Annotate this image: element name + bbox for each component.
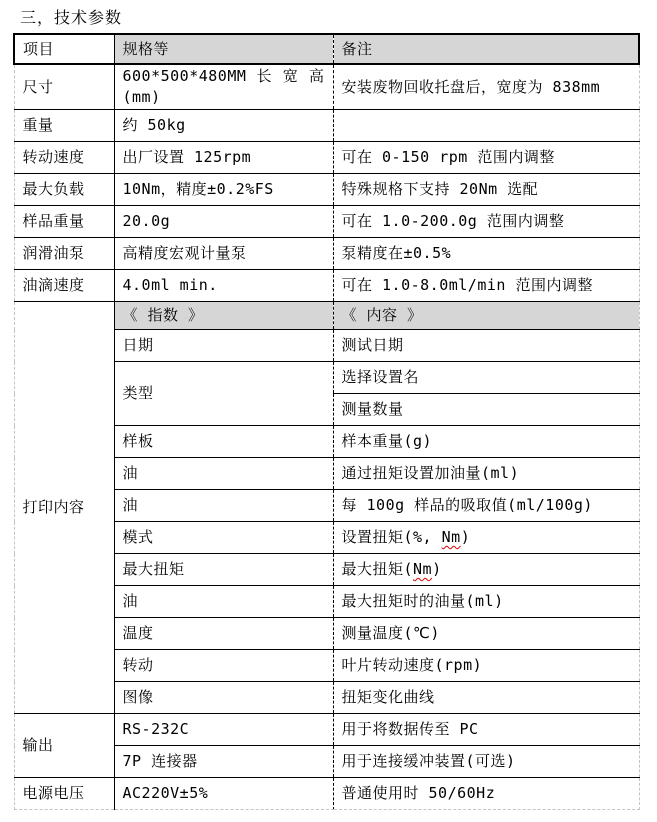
spec-cell: 转动 (114, 650, 333, 682)
spec-cell: 模式 (114, 522, 333, 554)
table-row: 样品重量20.0g可在 1.0-200.0g 范围内调整 (14, 206, 639, 238)
table-row: 输出RS-232C用于将数据传至 PC (14, 714, 639, 746)
item-cell: 尺寸 (14, 64, 114, 110)
note-cell: 最大扭矩时的油量(ml) (333, 586, 639, 618)
spec-cell: 高精度宏观计量泵 (114, 238, 333, 270)
cell-text: 安装废物回收托盘后，宽度为 838mm (342, 78, 601, 96)
note-cell: 选择设置名 (333, 362, 639, 394)
table-row: 打印内容《 指数 》《 内容 》 (14, 302, 639, 330)
note-cell: 泵精度在±0.5% (333, 238, 639, 270)
note-cell: 设置扭矩(%, Nm) (333, 522, 639, 554)
column-header-spec: 规格等 (114, 34, 333, 64)
note-cell: 测试日期 (333, 330, 639, 362)
tech-specs-table: 项目 规格等 备注 尺寸600*500*480MM 长 宽 高(mm)安装废物回… (13, 33, 640, 810)
cell-text: 尺寸 (23, 78, 54, 96)
cell-text: 模式 (123, 528, 154, 546)
item-cell: 转动速度 (14, 142, 114, 174)
cell-text: 测量数量 (342, 400, 404, 418)
cell-line: (mm) (123, 87, 325, 108)
cell-text: 转动 (123, 656, 154, 674)
cell-text: 测量温度(℃) (342, 624, 440, 642)
table-row: 最大负载10Nm，精度±0.2%FS特殊规格下支持 20Nm 选配 (14, 174, 639, 206)
cell-text: 润滑油泵 (23, 244, 85, 262)
column-header-note: 备注 (333, 34, 639, 64)
cell-text: 扭矩变化曲线 (342, 688, 435, 706)
cell-text: 最大扭矩时的油量(ml) (342, 592, 504, 610)
cell-text: 测试日期 (342, 336, 404, 354)
cell-text: 油 (123, 496, 139, 514)
note-cell: 用于连接缓冲装置(可选) (333, 746, 639, 778)
cell-text: RS-232C (123, 720, 190, 738)
spec-cell: AC220V±5% (114, 778, 333, 810)
spec-cell: 4.0ml min. (114, 270, 333, 302)
cell-text: 油 (123, 592, 139, 610)
section-title: 三，技术参数 (20, 8, 657, 28)
item-cell: 重量 (14, 110, 114, 142)
spec-cell: 样板 (114, 426, 333, 458)
cell-text: 可在 0-150 rpm 范围内调整 (342, 148, 555, 166)
spec-cell: 油 (114, 490, 333, 522)
spec-cell: 油 (114, 586, 333, 618)
document-page: 三，技术参数 项目 规格等 备注 尺寸600*500*480MM 长 宽 高(m… (0, 0, 657, 822)
misspelled-word: Nm (442, 528, 461, 546)
cell-text: 普通使用时 50/60Hz (342, 784, 496, 802)
note-cell: 可在 1.0-8.0ml/min 范围内调整 (333, 270, 639, 302)
cell-line: 600*500*480MM 长 宽 高 (123, 66, 325, 87)
cell-text: 可在 1.0-8.0ml/min 范围内调整 (342, 276, 593, 294)
subheader-cell: 《 内容 》 (333, 302, 639, 330)
note-cell: 样本重量(g) (333, 426, 639, 458)
item-cell: 打印内容 (14, 302, 114, 714)
cell-text: 用于连接缓冲装置(可选) (342, 752, 516, 770)
header-row: 项目 规格等 备注 (14, 34, 639, 64)
cell-text: ) (432, 560, 442, 578)
subheader-cell: 《 指数 》 (114, 302, 333, 330)
cell-text: 温度 (123, 624, 154, 642)
cell-text: 高精度宏观计量泵 (123, 244, 247, 262)
note-cell: 可在 1.0-200.0g 范围内调整 (333, 206, 639, 238)
spec-cell: 10Nm，精度±0.2%FS (114, 174, 333, 206)
cell-text: 可在 1.0-200.0g 范围内调整 (342, 212, 565, 230)
cell-text: 样本重量(g) (342, 432, 433, 450)
note-cell: 安装废物回收托盘后，宽度为 838mm (333, 64, 639, 110)
note-cell: 特殊规格下支持 20Nm 选配 (333, 174, 639, 206)
note-cell: 叶片转动速度(rpm) (333, 650, 639, 682)
table-row: 电源电压AC220V±5%普通使用时 50/60Hz (14, 778, 639, 810)
spec-cell: 图像 (114, 682, 333, 714)
table-row: 尺寸600*500*480MM 长 宽 高(mm)安装废物回收托盘后，宽度为 8… (14, 64, 639, 110)
spec-cell: RS-232C (114, 714, 333, 746)
cell-text: 《 内容 》 (342, 306, 423, 324)
cell-text: 油滴速度 (23, 276, 85, 294)
spec-cell: 油 (114, 458, 333, 490)
cell-text: 样板 (123, 432, 154, 450)
cell-text: 《 指数 》 (123, 306, 204, 324)
note-cell: 用于将数据传至 PC (333, 714, 639, 746)
specs-body: 尺寸600*500*480MM 长 宽 高(mm)安装废物回收托盘后，宽度为 8… (14, 64, 639, 810)
cell-text: 7P 连接器 (123, 752, 198, 770)
cell-text: 出厂设置 125rpm (123, 148, 252, 166)
table-row: 润滑油泵高精度宏观计量泵泵精度在±0.5% (14, 238, 639, 270)
cell-text: 泵精度在±0.5% (342, 244, 452, 262)
cell-text: 最大扭矩( (342, 560, 414, 578)
note-cell: 普通使用时 50/60Hz (333, 778, 639, 810)
note-cell (333, 110, 639, 142)
spec-cell: 约 50kg (114, 110, 333, 142)
cell-text: 4.0ml min. (123, 276, 218, 294)
spec-cell: 温度 (114, 618, 333, 650)
cell-text: 类型 (123, 384, 154, 402)
cell-text: 重量 (23, 116, 54, 134)
note-cell: 测量温度(℃) (333, 618, 639, 650)
note-cell: 扭矩变化曲线 (333, 682, 639, 714)
column-header-item: 项目 (14, 34, 114, 64)
cell-text: 电源电压 (23, 784, 85, 802)
spec-cell: 600*500*480MM 长 宽 高(mm) (114, 64, 333, 110)
cell-text: 叶片转动速度(rpm) (342, 656, 483, 674)
cell-text: 特殊规格下支持 20Nm 选配 (342, 180, 539, 198)
item-cell: 电源电压 (14, 778, 114, 810)
spec-cell: 出厂设置 125rpm (114, 142, 333, 174)
table-row: 油滴速度4.0ml min.可在 1.0-8.0ml/min 范围内调整 (14, 270, 639, 302)
item-cell: 润滑油泵 (14, 238, 114, 270)
spec-cell: 类型 (114, 362, 333, 426)
misspelled-word: Nm (413, 560, 432, 578)
cell-text: 日期 (123, 336, 154, 354)
note-cell: 通过扭矩设置加油量(ml) (333, 458, 639, 490)
cell-text: 输出 (23, 736, 54, 754)
item-cell: 最大负载 (14, 174, 114, 206)
note-cell: 测量数量 (333, 394, 639, 426)
cell-text: 油 (123, 464, 139, 482)
spec-cell: 最大扭矩 (114, 554, 333, 586)
table-row: 转动速度出厂设置 125rpm可在 0-150 rpm 范围内调整 (14, 142, 639, 174)
note-cell: 每 100g 样品的吸取值(ml/100g) (333, 490, 639, 522)
cell-text: 设置扭矩(%, (342, 528, 442, 546)
table-row: 重量约 50kg (14, 110, 639, 142)
item-cell: 油滴速度 (14, 270, 114, 302)
cell-text: 最大扭矩 (123, 560, 185, 578)
note-cell: 可在 0-150 rpm 范围内调整 (333, 142, 639, 174)
cell-text: AC220V±5% (123, 784, 209, 802)
item-cell: 输出 (14, 714, 114, 778)
cell-text: 用于将数据传至 PC (342, 720, 479, 738)
cell-text: 打印内容 (23, 498, 85, 516)
cell-text: 约 50kg (123, 116, 186, 134)
note-cell: 最大扭矩(Nm) (333, 554, 639, 586)
cell-text: 通过扭矩设置加油量(ml) (342, 464, 520, 482)
spec-cell: 7P 连接器 (114, 746, 333, 778)
cell-text: 图像 (123, 688, 154, 706)
cell-text: 最大负载 (23, 180, 85, 198)
item-cell: 样品重量 (14, 206, 114, 238)
spec-cell: 日期 (114, 330, 333, 362)
cell-text: 20.0g (123, 212, 171, 230)
cell-text: 转动速度 (23, 148, 85, 166)
specs-header: 项目 规格等 备注 (14, 34, 639, 64)
cell-text: 每 100g 样品的吸取值(ml/100g) (342, 496, 593, 514)
cell-text: 样品重量 (23, 212, 85, 230)
spec-cell: 20.0g (114, 206, 333, 238)
cell-text: 10Nm，精度±0.2%FS (123, 180, 274, 198)
cell-text: 选择设置名 (342, 368, 420, 386)
cell-text: ) (461, 528, 471, 546)
